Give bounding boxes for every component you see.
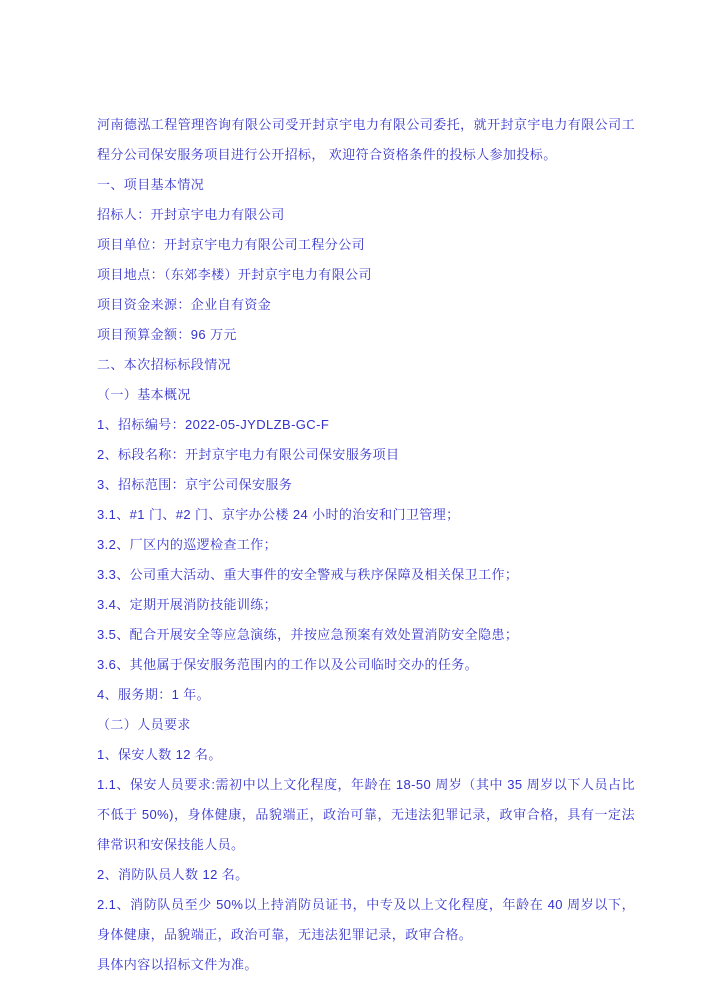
paragraph: 招标人：开封京宇电力有限公司 <box>97 200 635 230</box>
paragraph: 3.1、#1 门、#2 门、京宇办公楼 24 小时的治安和门卫管理； <box>97 500 635 530</box>
paragraph: 河南德泓工程管理咨询有限公司受开封京宇电力有限公司委托，就开封京宇电力有限公司工… <box>97 110 635 170</box>
paragraph: 项目预算金额：96 万元 <box>97 320 635 350</box>
paragraph: 3.5、配合开展安全等应急演练，并按应急预案有效处置消防安全隐患； <box>97 620 635 650</box>
paragraph: 2、消防队员人数 12 名。 <box>97 860 635 890</box>
paragraph: 项目单位：开封京宇电力有限公司工程分公司 <box>97 230 635 260</box>
paragraph: （二）人员要求 <box>97 710 635 740</box>
paragraph: 3.4、定期开展消防技能训练； <box>97 590 635 620</box>
document-body: 河南德泓工程管理咨询有限公司受开封京宇电力有限公司委托，就开封京宇电力有限公司工… <box>0 0 723 980</box>
paragraph: 1、招标编号：2022-05-JYDLZB-GC-F <box>97 410 635 440</box>
paragraph: （一）基本概况 <box>97 380 635 410</box>
paragraph: 2、标段名称：开封京宇电力有限公司保安服务项目 <box>97 440 635 470</box>
paragraph: 项目地点：（东郊李楼）开封京宇电力有限公司 <box>97 260 635 290</box>
paragraph: 项目资金来源：企业自有资金 <box>97 290 635 320</box>
paragraph: 4、服务期：1 年。 <box>97 680 635 710</box>
paragraph: 1.1、保安人员要求:需初中以上文化程度，年龄在 18-50 周岁（其中 35 … <box>97 770 635 860</box>
paragraph: 3.3、公司重大活动、重大事件的安全警戒与秩序保障及相关保卫工作； <box>97 560 635 590</box>
paragraph: 具体内容以招标文件为准。 <box>97 950 635 980</box>
paragraph: 二、本次招标标段情况 <box>97 350 635 380</box>
paragraph: 3、招标范围：京宇公司保安服务 <box>97 470 635 500</box>
paragraph: 一、项目基本情况 <box>97 170 635 200</box>
paragraph: 2.1、消防队员至少 50%以上持消防员证书，中专及以上文化程度，年龄在 40 … <box>97 890 635 950</box>
paragraph: 3.2、厂区内的巡逻检查工作； <box>97 530 635 560</box>
paragraph: 1、保安人数 12 名。 <box>97 740 635 770</box>
document-page: 河南德泓工程管理咨询有限公司受开封京宇电力有限公司委托，就开封京宇电力有限公司工… <box>0 0 723 1002</box>
paragraph: 3.6、其他属于保安服务范围内的工作以及公司临时交办的任务。 <box>97 650 635 680</box>
